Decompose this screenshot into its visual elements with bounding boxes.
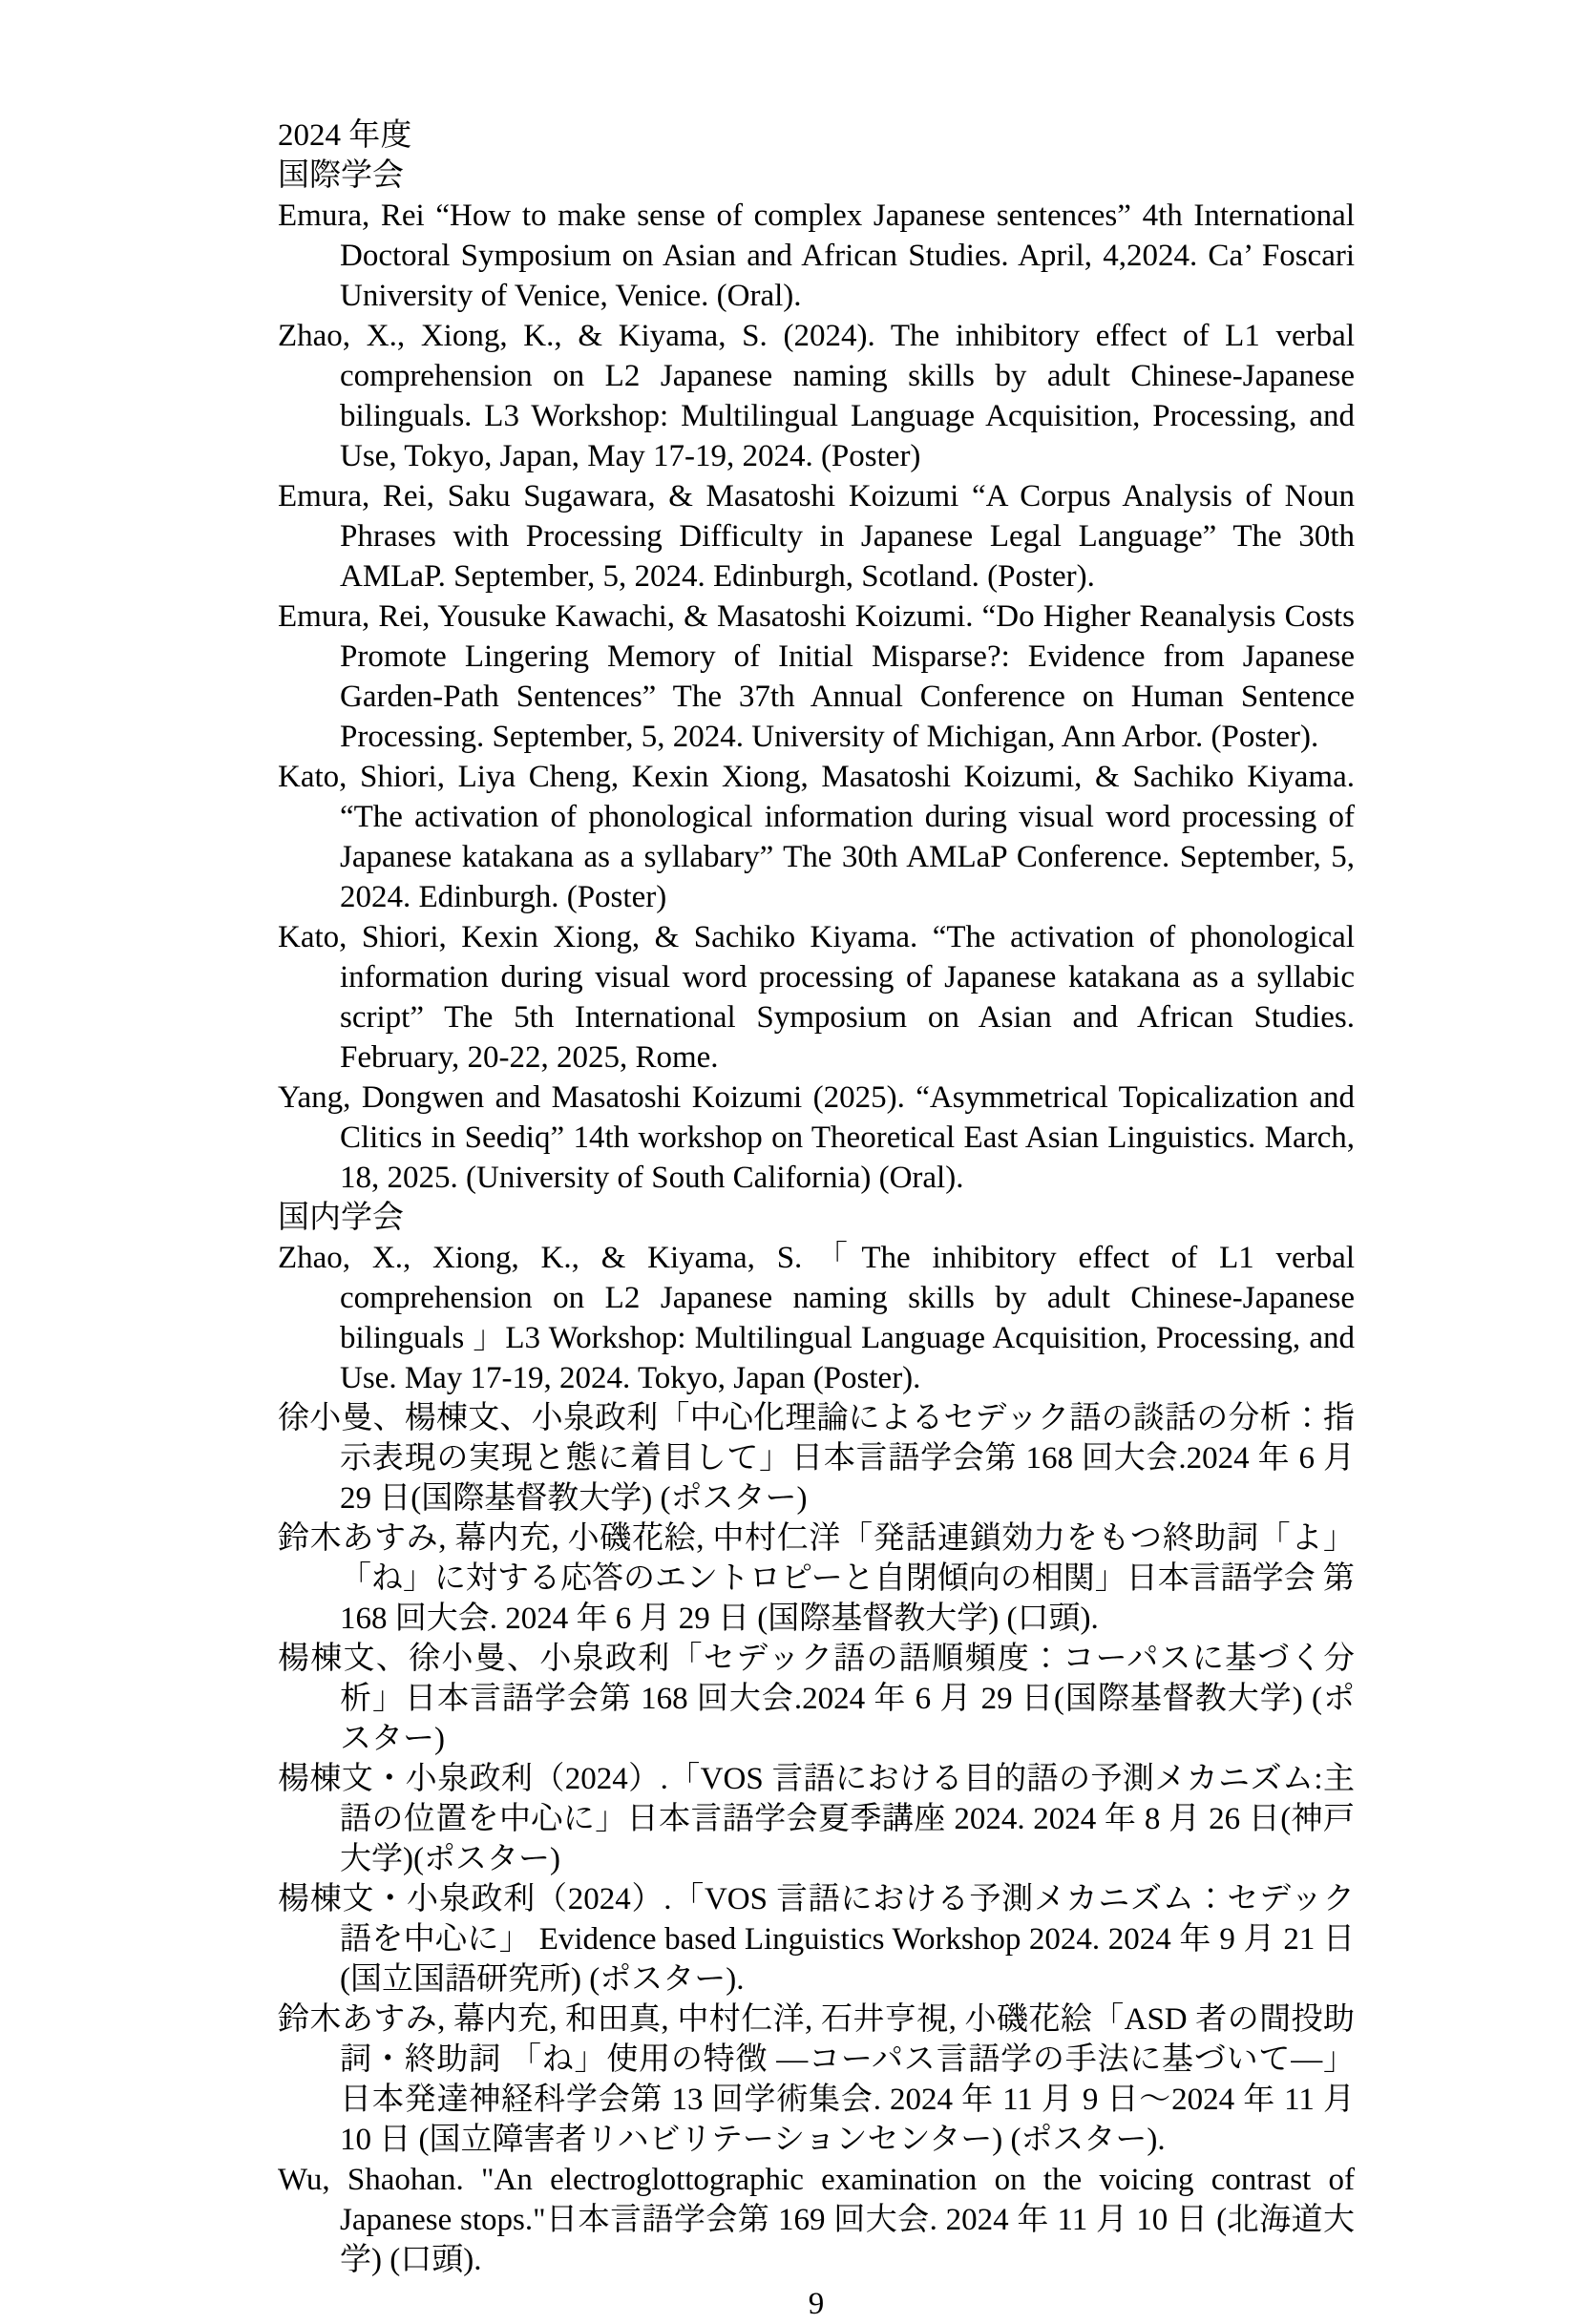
reference-entry: 鈴木あすみ, 幕内充, 小磯花絵, 中村仁洋「発話連鎖効力をもつ終助詞「よ」「ね… xyxy=(278,1518,1355,1639)
reference-entry: 楊棟文、徐小曼、小泉政利「セデック語の語順頻度：コーパスに基づく分析」日本言語学… xyxy=(278,1639,1355,1759)
reference-entry: Yang, Dongwen and Masatoshi Koizumi (202… xyxy=(278,1078,1355,1198)
reference-entry: Emura, Rei, Saku Sugawara, & Masatoshi K… xyxy=(278,476,1355,597)
international-entry-list: Emura, Rei “How to make sense of complex… xyxy=(278,196,1355,1198)
reference-entry: Wu, Shaohan. "An electroglottographic ex… xyxy=(278,2160,1355,2280)
page-content: 2024 年度 国際学会 Emura, Rei “How to make sen… xyxy=(278,115,1355,2324)
page-number: 9 xyxy=(278,2284,1355,2324)
reference-entry: Zhao, X., Xiong, K., & Kiyama, S.「The in… xyxy=(278,1238,1355,1398)
reference-entry: Kato, Shiori, Liya Cheng, Kexin Xiong, M… xyxy=(278,757,1355,917)
reference-entry: 鈴木あすみ, 幕内充, 和田真, 中村仁洋, 石井亨視, 小磯花絵「ASD 者の… xyxy=(278,1999,1355,2160)
reference-entry: Emura, Rei, Yousuke Kawachi, & Masatoshi… xyxy=(278,597,1355,757)
reference-entry: 徐小曼、楊棟文、小泉政利「中心化理論によるセデック語の談話の分析：指示表現の実現… xyxy=(278,1398,1355,1518)
section-domestic-conferences: 国内学会 Zhao, X., Xiong, K., & Kiyama, S.「T… xyxy=(278,1198,1355,2280)
reference-entry: Zhao, X., Xiong, K., & Kiyama, S. (2024)… xyxy=(278,316,1355,476)
section-heading-domestic: 国内学会 xyxy=(278,1198,1355,1238)
section-international-conferences: 国際学会 Emura, Rei “How to make sense of co… xyxy=(278,156,1355,1198)
reference-entry: 楊棟文・小泉政利（2024）.「VOS 言語における予測メカニズム：セデック語を… xyxy=(278,1879,1355,1999)
reference-entry: Emura, Rei “How to make sense of complex… xyxy=(278,196,1355,316)
reference-entry: 楊棟文・小泉政利（2024）.「VOS 言語における目的語の予測メカニズム:主語… xyxy=(278,1759,1355,1879)
section-heading-international: 国際学会 xyxy=(278,156,1355,196)
domestic-entry-list: Zhao, X., Xiong, K., & Kiyama, S.「The in… xyxy=(278,1238,1355,2280)
fiscal-year-heading: 2024 年度 xyxy=(278,115,1355,156)
reference-entry: Kato, Shiori, Kexin Xiong, & Sachiko Kiy… xyxy=(278,917,1355,1078)
